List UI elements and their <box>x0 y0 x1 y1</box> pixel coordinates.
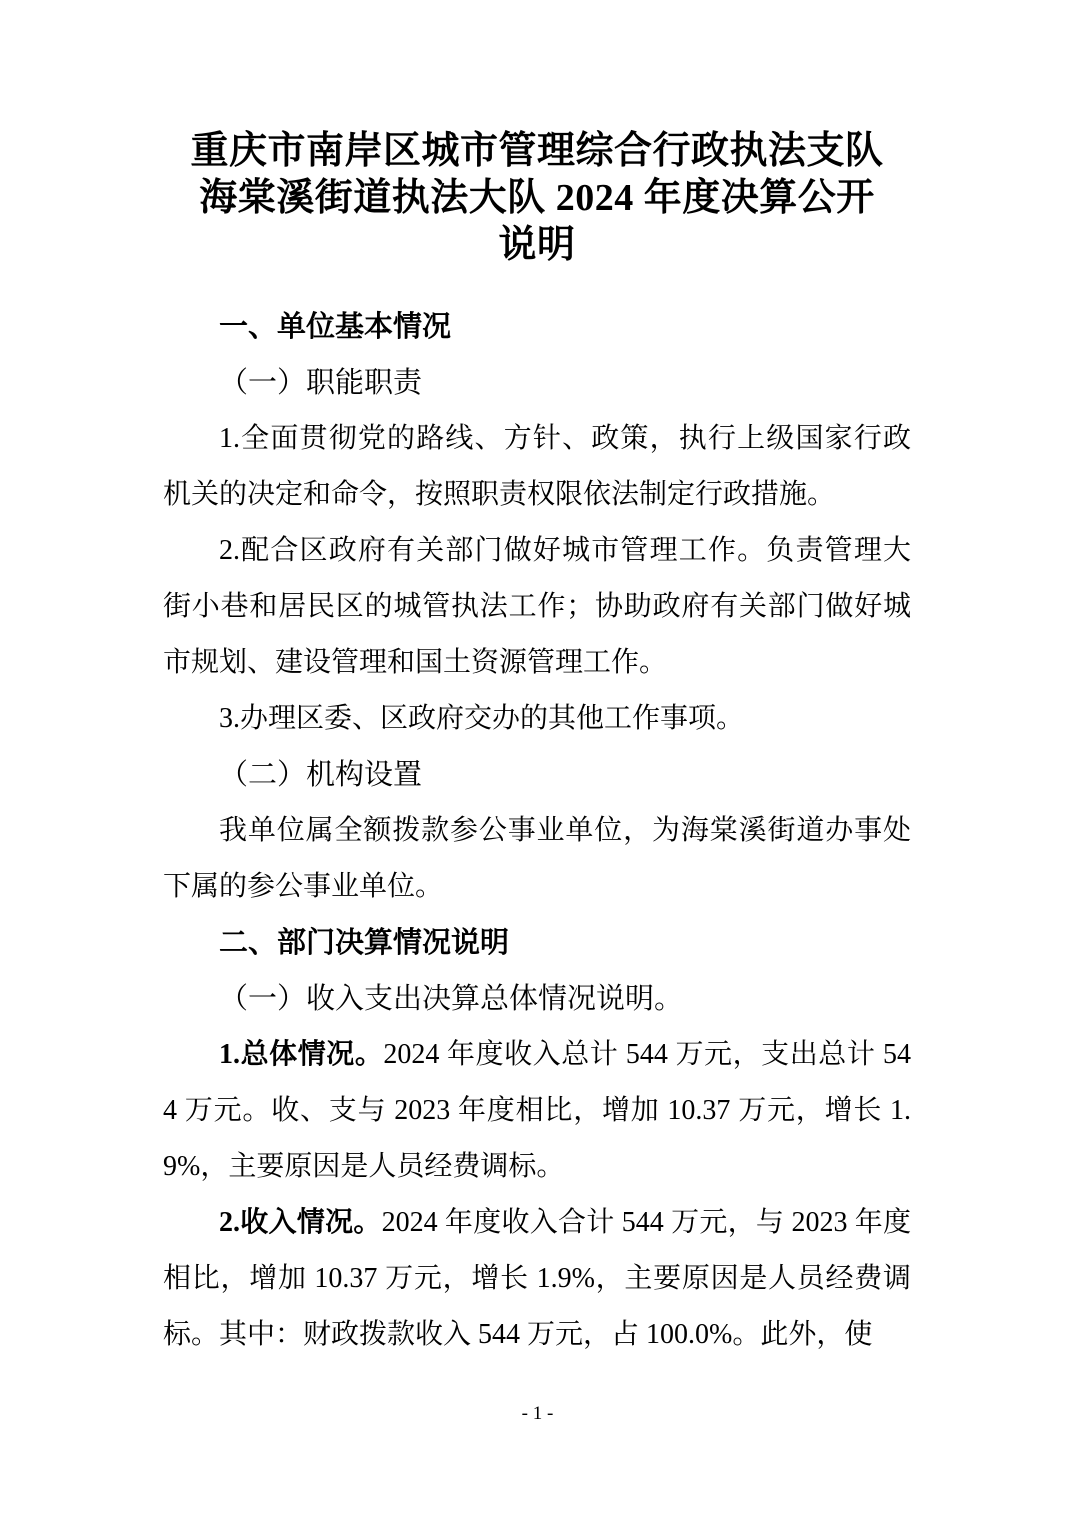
sub-heading: （二）机构设置 <box>163 747 911 803</box>
document-page: 重庆市南岸区城市管理综合行政执法支队 海棠溪街道执法大队 2024 年度决算公开… <box>0 0 1075 1520</box>
paragraph-text: （二）机构设置 <box>219 759 422 791</box>
paragraph: 我单位属全额拨款参公事业单位，为海棠溪街道办事处下属的参公事业单位。 <box>163 803 911 915</box>
paragraph-text: 2.配合区政府有关部门做好城市管理工作。负责管理大街小巷和居民区的城管执法工作；… <box>163 535 911 678</box>
paragraph-text: 3.办理区委、区政府交办的其他工作事项。 <box>219 703 744 734</box>
paragraph-text: （一）职能职责 <box>219 367 422 399</box>
page-footer: - 1 - <box>0 1402 1075 1426</box>
title-line: 海棠溪街道执法大队 2024 年度决算公开 <box>163 175 911 222</box>
section-heading: 一、单位基本情况 <box>163 299 911 355</box>
paragraph: 2.配合区政府有关部门做好城市管理工作。负责管理大街小巷和居民区的城管执法工作；… <box>163 523 911 691</box>
title-line: 说明 <box>163 222 911 269</box>
paragraph-text: （一）收入支出决算总体情况说明。 <box>219 983 683 1015</box>
sub-heading: （一）收入支出决算总体情况说明。 <box>163 971 911 1027</box>
paragraph: 1.全面贯彻党的路线、方针、政策，执行上级国家行政机关的决定和命令，按照职责权限… <box>163 411 911 523</box>
paragraph-lead: 2.收入情况。 <box>219 1207 382 1238</box>
page-number: - 1 - <box>522 1403 554 1424</box>
section-heading: 二、部门决算情况说明 <box>163 915 911 971</box>
paragraph-text: 一、单位基本情况 <box>219 311 451 343</box>
paragraph: 1.总体情况。2024 年度收入总计 544 万元，支出总计 544 万元。收、… <box>163 1027 911 1195</box>
paragraph-text: 二、部门决算情况说明 <box>219 927 509 959</box>
paragraph: 3.办理区委、区政府交办的其他工作事项。 <box>163 691 911 747</box>
paragraph-text: 1.全面贯彻党的路线、方针、政策，执行上级国家行政机关的决定和命令，按照职责权限… <box>163 423 911 510</box>
paragraph: 2.收入情况。2024 年度收入合计 544 万元，与 2023 年度相比，增加… <box>163 1195 911 1363</box>
paragraph-text: 我单位属全额拨款参公事业单位，为海棠溪街道办事处下属的参公事业单位。 <box>163 815 911 902</box>
document-content: 重庆市南岸区城市管理综合行政执法支队 海棠溪街道执法大队 2024 年度决算公开… <box>163 128 911 1363</box>
sub-heading: （一）职能职责 <box>163 355 911 411</box>
title-line: 重庆市南岸区城市管理综合行政执法支队 <box>163 128 911 175</box>
paragraph-lead: 1.总体情况。 <box>219 1039 383 1070</box>
document-body: 一、单位基本情况（一）职能职责1.全面贯彻党的路线、方针、政策，执行上级国家行政… <box>163 299 911 1363</box>
document-title: 重庆市南岸区城市管理综合行政执法支队 海棠溪街道执法大队 2024 年度决算公开… <box>163 128 911 269</box>
